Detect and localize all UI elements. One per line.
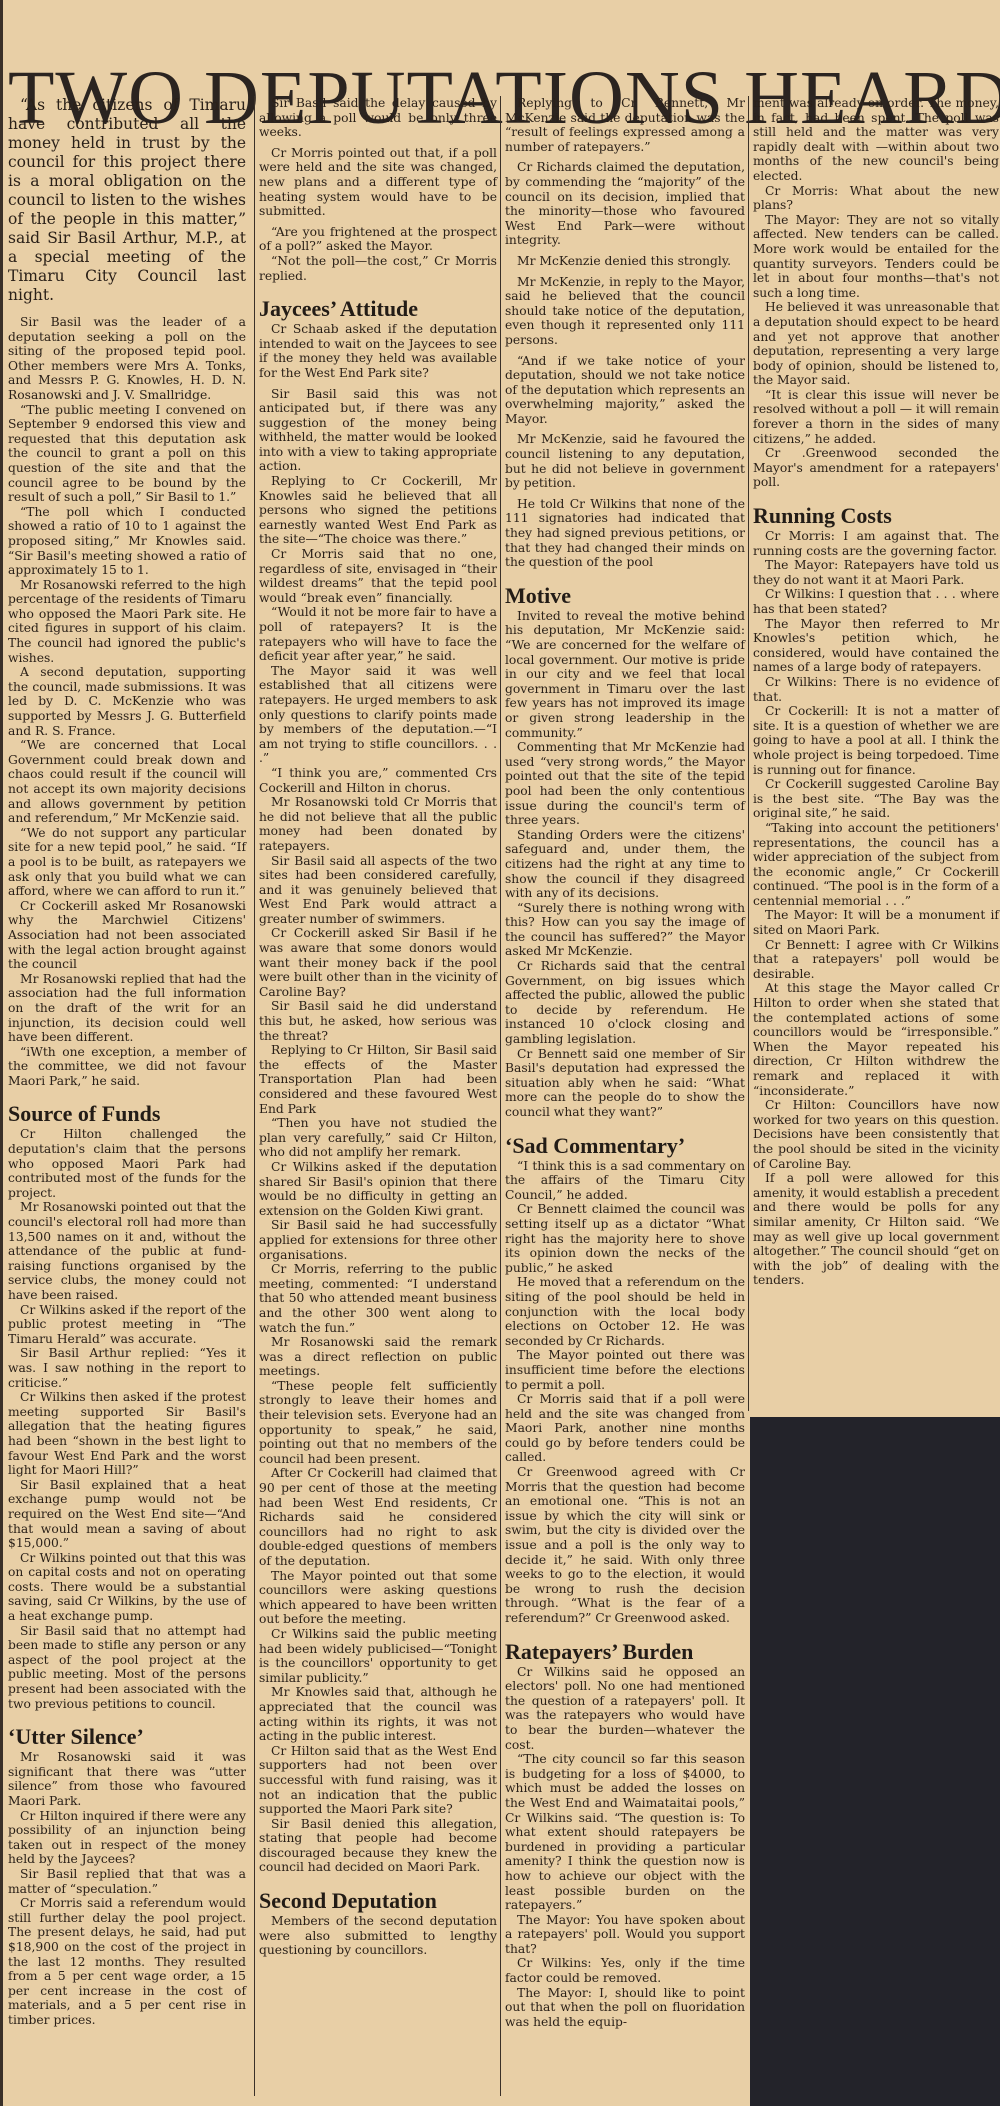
paragraph: Cr Morris said that no one, regardless o… — [259, 547, 497, 605]
paragraph: Cr Bennett claimed the council was setti… — [505, 1202, 745, 1275]
paragraph: Mr Knowles said that, although he apprec… — [259, 1685, 497, 1743]
paragraph: Cr Wilkins asked if the report of the pu… — [8, 1303, 246, 1347]
paragraph: Cr .Greenwood seconded the Mayor's amend… — [753, 446, 999, 490]
paragraph: Cr Wilkins then asked if the protest mee… — [8, 1390, 246, 1478]
paragraph: Sir Basil said this was not anticipated … — [259, 387, 497, 475]
paragraph: Standing Orders were the citizens' safeg… — [505, 828, 745, 901]
paragraph: Replying to Cr Bennett, Mr McKenzie said… — [505, 96, 745, 154]
paragraph: Cr Wilkins said he opposed an electors' … — [505, 1665, 745, 1753]
paragraph: Mr McKenzie, said he favoured the counci… — [505, 432, 745, 490]
paragraph: Mr McKenzie, in reply to the Mayor, said… — [505, 275, 745, 348]
paragraph: Cr Bennett said one member of Sir Basil'… — [505, 1047, 745, 1120]
paragraph: “The public meeting I convened on Septem… — [8, 403, 246, 505]
paragraph: The Mayor: Ratepayers have told us they … — [753, 558, 999, 587]
paragraph: Mr Rosanowski said it was significant th… — [8, 1750, 246, 1808]
paragraph: The Mayor: You have spoken about a ratep… — [505, 1913, 745, 1957]
paragraph: Cr Greenwood agreed with Cr Morris that … — [505, 1465, 745, 1626]
clipping-left-edge — [0, 0, 3, 2106]
paragraph: A second deputation, supporting the coun… — [8, 665, 246, 738]
paragraph: “I think you are,” commented Crs Cockeri… — [259, 766, 497, 795]
paragraph: The Mayor then referred to Mr Knowles's … — [753, 617, 999, 675]
paragraph: “Surely there is nothing wrong with this… — [505, 901, 745, 959]
paragraph: “These people felt sufficiently strongly… — [259, 1379, 497, 1467]
paragraph: Cr Hilton inquired if there were any pos… — [8, 1809, 246, 1867]
article-column-4: ment was already on order. The money, in… — [748, 96, 999, 1411]
paragraph: “Then you have not studied the plan very… — [259, 1116, 497, 1160]
paragraph: Cr Cockerill asked Mr Rosanowski why the… — [8, 899, 246, 972]
paragraph: “I think this is a sad commentary on the… — [505, 1159, 745, 1203]
paragraph: Cr Morris said that if a poll were held … — [505, 1392, 745, 1465]
paragraph: Cr Wilkins: I question that . . . where … — [753, 587, 999, 616]
paragraph: Sir Basil replied that that was a matter… — [8, 1867, 246, 1896]
article-column-3: Replying to Cr Bennett, Mr McKenzie said… — [500, 96, 745, 2096]
paragraph: “Taking into account the petitioners' re… — [753, 821, 999, 909]
paragraph: Cr Richards said that the central Govern… — [505, 959, 745, 1047]
paragraph: Sir Basil said he did understand this bu… — [259, 999, 497, 1043]
paragraph: Cr Hilton challenged the deputation's cl… — [8, 1127, 246, 1200]
subheading: Second Deputation — [259, 1889, 497, 1913]
paragraph: Sir Basil denied this allegation, statin… — [259, 1817, 497, 1875]
paragraph: Cr Morris said a referendum would still … — [8, 1896, 246, 2027]
paragraph: Mr McKenzie denied this strongly. — [505, 254, 745, 269]
paragraph: Sir Basil said he had successfully appli… — [259, 1218, 497, 1262]
paragraph: “Not the poll—the cost,” Cr Morris repli… — [259, 254, 497, 283]
paragraph: After Cr Cockerill had claimed that 90 p… — [259, 1466, 497, 1568]
paragraph: “Would it not be more fair to have a pol… — [259, 605, 497, 663]
paragraph: The Mayor said it was well established t… — [259, 664, 497, 766]
paragraph: “The city council so far this season is … — [505, 1752, 745, 1913]
paragraph: Commenting that Mr McKenzie had used “ve… — [505, 740, 745, 828]
paragraph: Replying to Cr Hilton, Sir Basil said th… — [259, 1043, 497, 1116]
paragraph: Mr Rosanowski said the remark was a dire… — [259, 1335, 497, 1379]
paragraph: The Mayor pointed out there was insuffic… — [505, 1348, 745, 1392]
paragraph: Cr Hilton: Councillors have now worked f… — [753, 1098, 999, 1171]
paragraph: Cr Morris: What about the new plans? — [753, 184, 999, 213]
paragraph: Invited to reveal the motive behind his … — [505, 609, 745, 740]
paragraph: Mr Rosanowski pointed out that the counc… — [8, 1200, 246, 1302]
paragraph: Cr Wilkins asked if the deputation share… — [259, 1160, 497, 1218]
subheading: Source of Funds — [8, 1102, 246, 1126]
paragraph: Sir Basil was the leader of a deputation… — [8, 315, 246, 403]
paragraph: “The poll which I conducted showed a rat… — [8, 505, 246, 578]
paragraph: Cr Wilkins pointed out that this was on … — [8, 1551, 246, 1624]
paragraph: The Mayor: It will be a monument if site… — [753, 908, 999, 937]
paragraph: Cr Cockerill asked Sir Basil if he was a… — [259, 926, 497, 999]
paragraph: Cr Cockerill suggested Caroline Bay is t… — [753, 777, 999, 821]
subheading: Motive — [505, 584, 745, 608]
paragraph: “iWth one exception, a member of the com… — [8, 1045, 246, 1089]
paragraph: Cr Schaab asked if the deputation intend… — [259, 322, 497, 380]
paragraph: Sir Basil said that no attempt had been … — [8, 1624, 246, 1712]
paragraph: Sir Basil said all aspects of the two si… — [259, 854, 497, 927]
paragraph: “We are concerned that Local Government … — [8, 738, 246, 826]
paragraph: At this stage the Mayor called Cr Hilton… — [753, 981, 999, 1098]
subheading: Jaycees’ Attitude — [259, 297, 497, 321]
paragraph: Cr Wilkins: Yes, only if the time factor… — [505, 1956, 745, 1985]
paragraph: He moved that a referendum on the siting… — [505, 1275, 745, 1348]
paragraph: Cr Hilton said that as the West End supp… — [259, 1744, 497, 1817]
article-column-1: “As the citizens of Timaru have contribu… — [8, 96, 246, 2028]
paragraph: The Mayor pointed out that some councill… — [259, 1569, 497, 1627]
paragraph: Mr Rosanowski told Cr Morris that he did… — [259, 795, 497, 853]
paragraph: If a poll were allowed for this amenity,… — [753, 1171, 999, 1288]
paragraph: Cr Richards claimed the deputation, by c… — [505, 160, 745, 248]
paragraph: Mr Rosanowski referred to the high perce… — [8, 578, 246, 666]
paragraph: Replying to Cr Cockerill, Mr Knowles sai… — [259, 474, 497, 547]
paragraph: The Mayor: I, should like to point out t… — [505, 1986, 745, 2030]
paragraph: Sir Basil said the delay caused by allow… — [259, 96, 497, 140]
paragraph: “And if we take notice of your deputatio… — [505, 354, 745, 427]
paragraph: Sir Basil explained that a heat exchange… — [8, 1478, 246, 1551]
paragraph: He told Cr Wilkins that none of the 111 … — [505, 497, 745, 570]
paragraph: Mr Rosanowski replied that had the assoc… — [8, 972, 246, 1045]
paragraph: Cr Wilkins: There is no evidence of that… — [753, 675, 999, 704]
paragraph: Sir Basil Arthur replied: “Yes it was. I… — [8, 1346, 246, 1390]
paragraph: Cr Morris, referring to the public meeti… — [259, 1262, 497, 1335]
subheading: ‘Sad Commentary’ — [505, 1134, 745, 1158]
lead-paragraph: “As the citizens of Timaru have contribu… — [8, 96, 246, 305]
paragraph: Cr Morris: I am against that. The runnin… — [753, 529, 999, 558]
paragraph: Cr Wilkins said the public meeting had b… — [259, 1627, 497, 1685]
paragraph: “Are you frightened at the prospect of a… — [259, 225, 497, 254]
subheading: ‘Utter Silence’ — [8, 1725, 246, 1749]
paragraph: He believed it was unreasonable that a d… — [753, 300, 999, 388]
paragraph: Cr Bennett: I agree with Cr Wilkins that… — [753, 938, 999, 982]
paragraph: ment was already on order. The money, in… — [753, 96, 999, 184]
paragraph: “We do not support any particular site f… — [8, 826, 246, 899]
paragraph: Cr Morris pointed out that, if a poll we… — [259, 146, 497, 219]
subheading: Running Costs — [753, 504, 999, 528]
paragraph: The Mayor: They are not so vitally affec… — [753, 213, 999, 301]
article-column-2: Sir Basil said the delay caused by allow… — [254, 96, 497, 2096]
subheading: Ratepayers’ Burden — [505, 1640, 745, 1664]
paragraph: Cr Cockerill: It is not a matter of site… — [753, 704, 999, 777]
paragraph: Members of the second deputation were al… — [259, 1914, 497, 1958]
dark-backing-board — [750, 1417, 1000, 2106]
paragraph: “It is clear this issue will never be re… — [753, 388, 999, 446]
